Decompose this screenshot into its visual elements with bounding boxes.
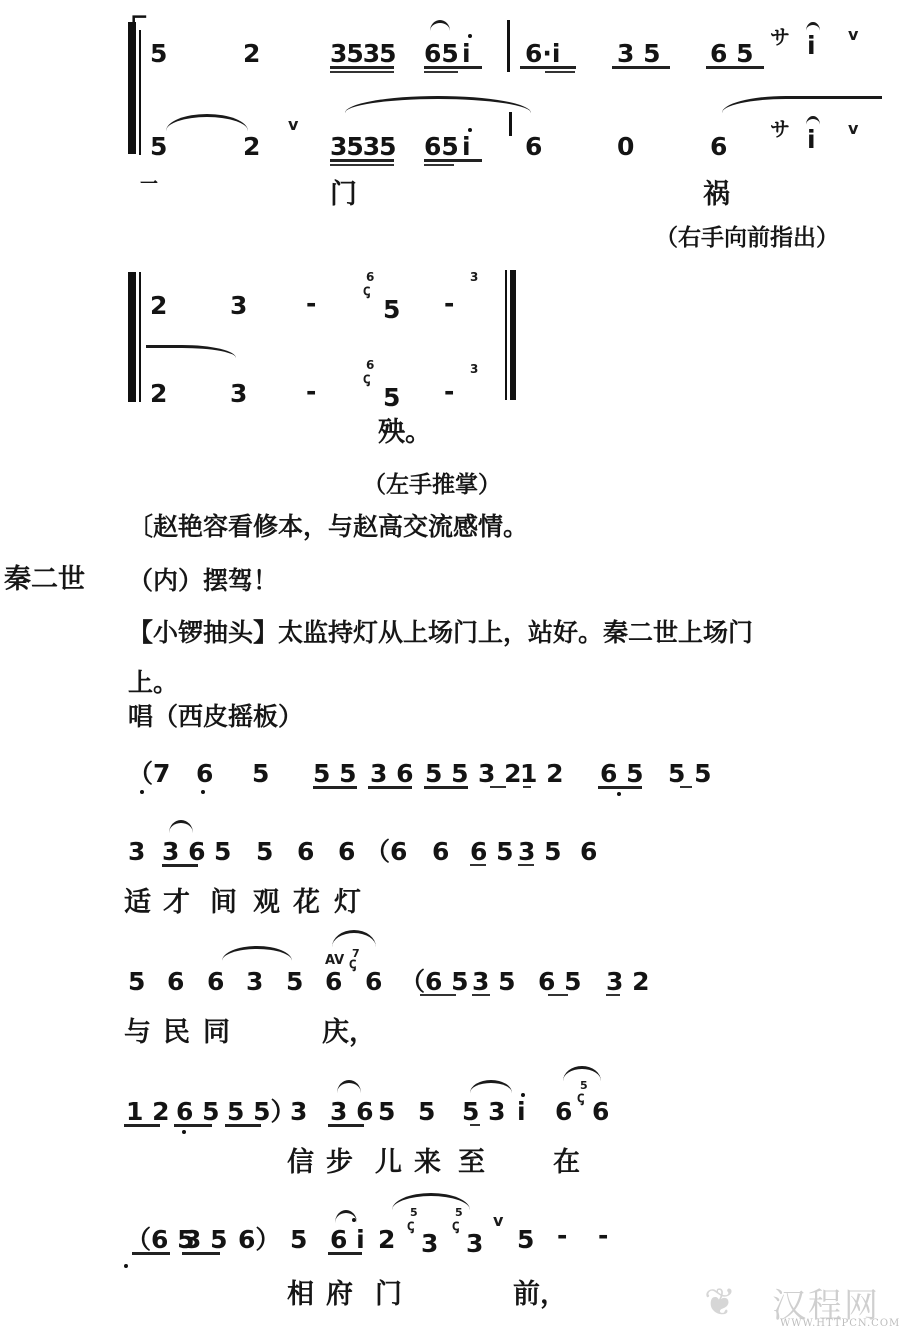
lyric: 前， [513,1280,567,1310]
underline [313,786,357,789]
underline [330,66,394,69]
dash: - [444,378,454,406]
slur [169,820,193,833]
breath-mark: v [848,28,858,42]
underline [472,994,490,996]
watermark-url: WWW.HTTPCN.COM [780,1318,900,1329]
underline [174,1124,212,1127]
underline [124,1124,160,1127]
underline [225,1124,261,1127]
stage-direction: （左手推掌） [363,470,501,500]
note: 5 [256,838,273,866]
system-bracket-thin [139,30,141,155]
slur [222,946,292,961]
low-dot [124,1264,128,1268]
underline [132,1252,170,1255]
note: （7 [128,760,170,788]
lyric: 至 [458,1148,485,1178]
note-high: i [462,133,471,161]
note-group: （6 5 [400,968,469,996]
note-group: 3 6 [370,760,414,788]
slur [345,96,531,113]
note-group: 3 6 [162,838,206,866]
note: 0 [617,133,634,161]
note: （6 [365,838,407,866]
note: 3 [246,968,263,996]
slur [470,1080,512,1093]
underline [545,71,575,73]
note-high: i [462,40,471,68]
note-group: 3 6 [330,1098,374,1126]
underline [470,864,486,866]
brace-top: ⌐ [130,6,148,31]
note-group: 5 5 [425,760,469,788]
cue-line-cont: 上。 [128,668,178,698]
underline [523,786,531,788]
dash: - [306,378,316,406]
note: 6 [167,968,184,996]
lyric: 儿 [375,1148,402,1178]
lyric: 一 [140,170,158,200]
speaker-line: （内）摆驾！ [128,566,278,596]
note-group: 3 2 [606,968,650,996]
note-group: 5 5） [227,1098,296,1126]
note: 3 [230,380,247,408]
lyric: 相 [287,1280,314,1310]
lyric: 信 [287,1148,314,1178]
underline [606,994,620,996]
note: 6 [580,838,597,866]
system-bracket [128,22,136,154]
lyric: 才 [163,888,190,918]
lyric: 间 [210,888,237,918]
note: 5 [383,384,400,412]
note: 6 [338,838,355,866]
accent-mark: AV [325,954,344,968]
lyric: 观 [253,888,280,918]
note: 6 [207,968,224,996]
note-group: 6） [238,1226,280,1254]
underline [424,66,482,69]
tie [146,345,236,358]
sing-direction: 唱（西皮摇板） [128,702,303,732]
note-group: 5 5 [313,760,357,788]
underline [330,164,394,166]
underline [330,71,394,73]
note-group: 65 [424,133,459,161]
note: 6 [592,1098,609,1126]
high-dot [468,34,472,38]
dash: - [598,1222,608,1250]
lyric: 花 [293,888,320,918]
note: 5 [378,1098,395,1126]
breath-mark: v [493,1214,503,1228]
note-high: i [807,126,816,154]
note-group: 6 5 [600,760,644,788]
note: 2 [150,292,167,320]
low-dot [182,1130,186,1134]
note-group: 3 5 [184,1226,228,1254]
breath-mark: v [288,118,298,132]
note: 3 [128,838,145,866]
underline [330,159,394,162]
note: 5 [286,968,303,996]
note-group: 1 2 [126,1098,170,1126]
lyric: 祸 [703,180,730,210]
grace-symbol: ꞔ [349,956,356,971]
lyric: 门 [330,180,357,210]
tempo-mark: サ [770,22,790,52]
underline [470,1124,480,1126]
note: 2 [150,380,167,408]
breath-mark: v [848,122,858,136]
lyric: 适 [124,888,151,918]
note-group: 5 5 [668,760,712,788]
note: 3 [230,292,247,320]
lyric: 府 [326,1280,353,1310]
slur [337,1080,361,1093]
tempo-mark: サ [770,114,790,144]
underline [518,864,534,866]
note: 5 [252,760,269,788]
note: 3 [290,1098,307,1126]
cue-line: 【小锣抽头】太监持灯从上场门上，站好。秦二世上场门 [128,618,753,648]
underline [612,66,670,69]
speaker-name: 秦二世 [4,565,85,595]
underline [490,786,506,788]
underline [328,1252,362,1255]
grace-symbol: ꞔ [363,371,370,386]
note: 2 [243,40,260,68]
final-barline-thick [510,270,516,400]
lyric: 与 [124,1018,151,1048]
grace-symbol: ꞔ [363,283,370,298]
slur [722,96,882,113]
note-group: 65 [424,40,459,68]
underline [424,164,454,166]
slur [332,930,376,947]
note-group: 1 2 [520,760,564,788]
low-dot [617,792,621,796]
lyric: 门 [375,1280,402,1310]
barline [509,112,512,136]
stage-note: 〔赵艳容看修本，与赵高交流感情。 [128,512,528,542]
underline [368,786,412,789]
slur [430,20,450,31]
note-group: 6 5 [538,968,582,996]
lyric: 民 [163,1018,190,1048]
lyric: 同 [203,1018,230,1048]
dash: - [557,1222,567,1250]
note-group: 3 2 [478,760,522,788]
grace-symbol: ꞔ [577,1090,584,1105]
underline [328,1124,364,1127]
underline [420,994,456,996]
high-dot [521,1093,525,1097]
note: 5 [214,838,231,866]
watermark-logo-icon: ❦ [704,1280,736,1324]
note: 5 [150,133,167,161]
low-dot [140,790,144,794]
note-group: 3 5 [617,40,661,68]
lyric: 来 [414,1148,441,1178]
lyric: 在 [553,1148,580,1178]
note-group: 6 i [330,1226,365,1254]
note-group: 6·i [525,40,560,68]
note: 6 [365,968,382,996]
fermata [806,22,820,31]
note: 5 [418,1098,435,1126]
barline [507,20,510,72]
dash: - [444,290,454,318]
note: 5 [383,296,400,324]
lyric: 灯 [334,888,361,918]
stage-direction: （右手向前指出） [655,223,839,253]
note-group: 3 5 [518,838,562,866]
note-group: 3535 [330,40,396,68]
note: 2 [378,1226,395,1254]
note: 6 [325,968,342,996]
note: 6 [297,838,314,866]
underline [162,864,198,867]
note: 5 [290,1226,307,1254]
grace-note: 3 [470,270,478,285]
lyric: 庆， [322,1018,376,1048]
underline [680,786,692,788]
grace-symbol: ꞔ [452,1218,459,1233]
system-bracket [128,272,136,402]
low-dot [201,790,205,794]
note: 6 [196,760,213,788]
note: 5 [128,968,145,996]
lyric: 殃。 [378,418,432,448]
underline [182,1252,220,1255]
note: 5 [517,1226,534,1254]
note: 6 [555,1098,572,1126]
slur [166,114,248,131]
dash: - [306,290,316,318]
underline [424,159,482,162]
note-high: i [807,32,816,60]
note-high: i [517,1098,526,1126]
note: 6 [432,838,449,866]
underline [424,71,458,73]
final-barline-thin [505,270,507,400]
underline [598,786,642,789]
high-dot [468,128,472,132]
high-dot [352,1218,356,1222]
note: 6 [710,133,727,161]
lyric: 步 [326,1148,353,1178]
note-group: 3 5 [472,968,516,996]
note: 2 [243,133,260,161]
underline [424,786,468,789]
grace-note: 3 [470,362,478,377]
note: 3 [466,1230,483,1258]
note-group: 6 5 [470,838,514,866]
underline [706,66,764,69]
fermata [806,116,820,125]
underline [548,994,568,996]
system-bracket-thin [139,272,141,402]
note-group: 6 5 [710,40,754,68]
note: 6 [525,133,542,161]
note-group: 6 5 [176,1098,220,1126]
underline [520,66,576,69]
grace-symbol: ꞔ [407,1218,414,1233]
note-group: 3535 [330,133,396,161]
note: 5 [150,40,167,68]
note-group: 5 3 [462,1098,506,1126]
note: 3 [421,1230,438,1258]
